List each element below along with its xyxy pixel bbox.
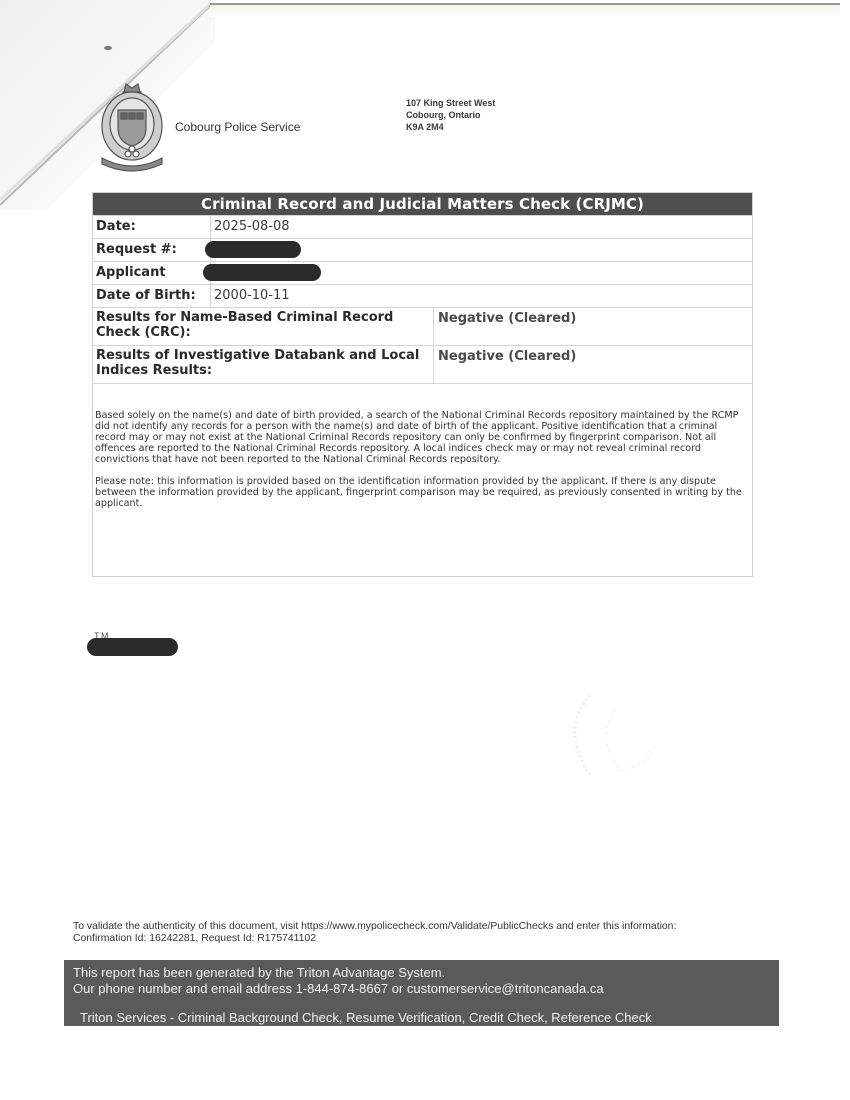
embossed-seal-icon <box>560 690 670 780</box>
report-title: Criminal Record and Judicial Matters Che… <box>93 193 752 215</box>
validation-info: To validate the authenticity of this doc… <box>73 921 773 945</box>
validation-instructions: To validate the authenticity of this doc… <box>73 921 773 933</box>
field-row-date: Date: 2025-08-08 <box>93 215 752 238</box>
result-label: Results of Investigative Databank and Lo… <box>93 346 434 383</box>
crjmc-report-table: Criminal Record and Judicial Matters Che… <box>92 192 753 577</box>
field-value-date-of-birth: 2000-10-11 <box>211 285 752 307</box>
agency-address: 107 King Street West Cobourg, Ontario K9… <box>406 97 495 133</box>
disclaimer-text: Based solely on the name(s) and date of … <box>93 383 752 576</box>
address-line-2: Cobourg, Ontario <box>406 109 495 121</box>
result-row-investigative-databank: Results of Investigative Databank and Lo… <box>93 345 752 383</box>
field-label: Date: <box>93 216 211 238</box>
result-value: Negative (Cleared) <box>434 308 752 345</box>
field-row-date-of-birth: Date of Birth: 2000-10-11 <box>93 284 752 307</box>
redaction-bar <box>205 241 301 258</box>
field-value-request-number <box>211 239 752 261</box>
note-paragraph: Please note: this information is provide… <box>95 476 749 509</box>
triton-generated-note: This report has been generated by the Tr… <box>73 965 445 981</box>
field-row-request-number: Request #: <box>93 238 752 261</box>
police-crest-icon <box>96 78 168 174</box>
field-value-applicant <box>211 262 752 284</box>
field-value-date: 2025-08-08 <box>211 216 752 238</box>
triton-footer-bar: This report has been generated by the Tr… <box>64 960 779 1026</box>
field-label: Request #: <box>93 239 211 261</box>
redaction-bar <box>203 264 321 281</box>
confirmation-ids: Confirmation Id: 16242281, Request Id: R… <box>73 933 773 945</box>
agency-name: Cobourg Police Service <box>175 120 300 134</box>
field-label: Applicant <box>93 262 211 284</box>
result-value: Negative (Cleared) <box>434 346 752 383</box>
disclaimer-paragraph: Based solely on the name(s) and date of … <box>95 410 749 465</box>
address-line-1: 107 King Street West <box>406 97 495 109</box>
triton-services-list: Triton Services - Criminal Background Ch… <box>80 1010 652 1026</box>
triton-contact-info: Our phone number and email address 1-844… <box>73 981 604 997</box>
field-label: Date of Birth: <box>93 285 211 307</box>
result-row-crc: Results for Name-Based Criminal Record C… <box>93 307 752 345</box>
page-top-edge <box>210 3 840 17</box>
address-line-3: K9A 2M4 <box>406 121 495 133</box>
signatory-redaction-bar <box>87 638 178 656</box>
field-row-applicant: Applicant <box>93 261 752 284</box>
result-label: Results for Name-Based Criminal Record C… <box>93 308 434 345</box>
